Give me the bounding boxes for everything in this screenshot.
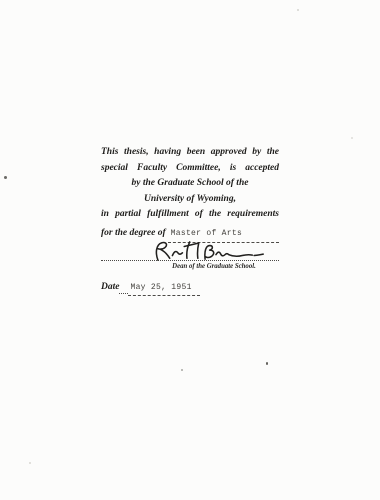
date-line: Date May 25, 1951 <box>101 281 279 296</box>
approval-line-5: in partial fulfillment of the requiremen… <box>101 207 279 223</box>
approval-line-4: University of Wyoming, <box>101 192 279 208</box>
scan-speck <box>266 362 268 365</box>
scan-speck <box>351 137 353 139</box>
date-typed-value: May 25, 1951 <box>130 283 191 292</box>
approval-statement-block: This thesis, having been approved by the… <box>101 145 279 296</box>
date-fill-rule: May 25, 1951 <box>128 281 199 296</box>
degree-typed-value: Master of Arts <box>168 229 242 238</box>
approval-line-1: This thesis, having been approved by the <box>101 145 279 161</box>
scan-speck <box>29 462 31 464</box>
date-leader-dots <box>119 293 128 294</box>
scan-speck <box>4 176 7 179</box>
date-label: Date <box>101 281 119 294</box>
signature-rule <box>101 243 279 261</box>
scanned-document-page: This thesis, having been approved by the… <box>0 0 380 500</box>
approval-line-2: special Faculty Committee, is accepted <box>101 161 279 177</box>
dean-signature <box>147 238 265 264</box>
signature-caption: Dean of the Graduate School. <box>101 263 279 271</box>
approval-line-3: by the Graduate School of the <box>101 176 279 192</box>
scan-speck <box>297 9 299 11</box>
scan-speck <box>181 369 183 371</box>
